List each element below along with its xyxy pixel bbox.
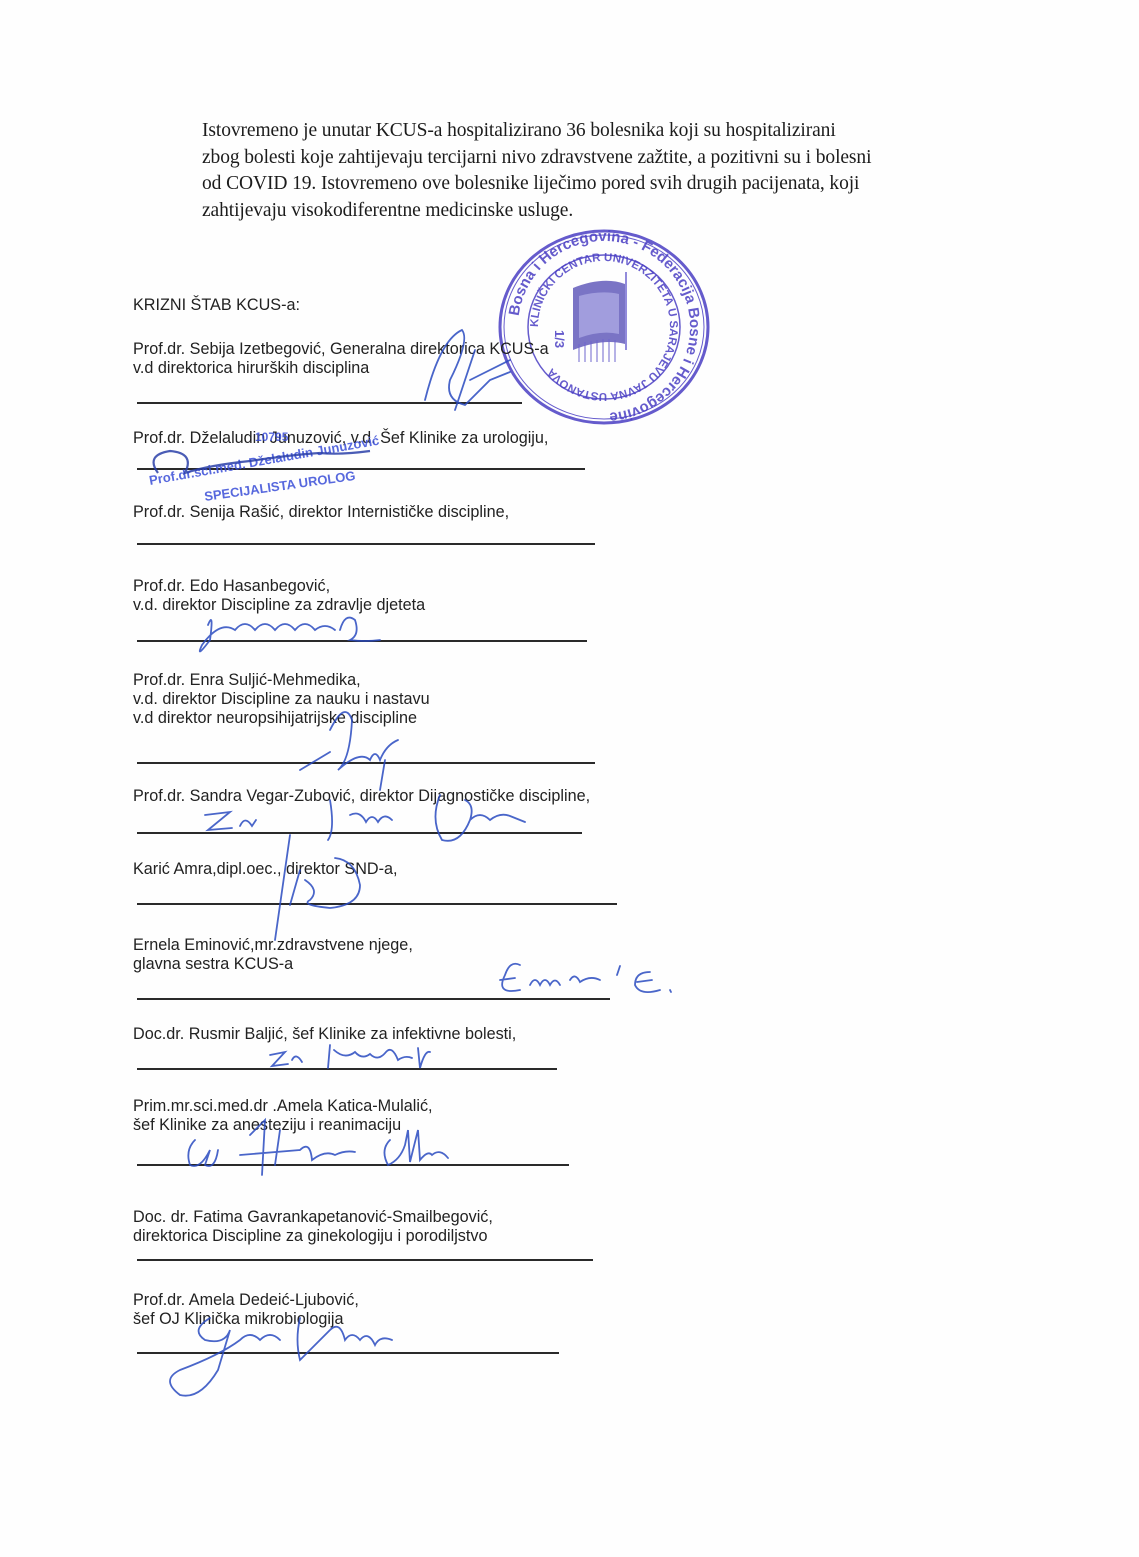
intro-line: zbog bolesti koje zahtijevaju tercijarni… <box>202 145 1002 172</box>
member-title-line: direktorica Discipline za ginekologiju i… <box>133 1227 488 1246</box>
intro-line: Istovremeno je unutar KCUS-a hospitalizi… <box>202 118 1002 145</box>
member-name-line: Prof.dr. Amela Dedeić-Ljubović, <box>133 1291 359 1310</box>
member-name-line: Prof.dr. Dželaludin Junuzović, v.d. Šef … <box>133 429 548 448</box>
member-title-line: v.d. direktor Discipline za zdravlje dje… <box>133 596 425 615</box>
signature-line <box>137 402 522 404</box>
signature-line <box>137 762 595 764</box>
member-name-line: Prim.mr.sci.med.dr .Amela Katica-Mulalić… <box>133 1097 433 1116</box>
signature-line <box>137 998 610 1000</box>
member-title-line: šef OJ Klinička mikrobiologija <box>133 1310 344 1329</box>
member-name-line: Prof.dr. Enra Suljić-Mehmedika, <box>133 671 361 690</box>
member-name-line: Doc.dr. Rusmir Baljić, šef Klinike za in… <box>133 1025 516 1044</box>
official-stamp-icon: Bosna i Hercegovina - Federacija Bosne i… <box>493 226 715 428</box>
signature-line <box>137 1068 557 1070</box>
member-title-line: v.d. direktor Discipline za nauku i nast… <box>133 690 430 709</box>
svg-text:SPECIJALISTA UROLOG: SPECIJALISTA UROLOG <box>203 468 356 504</box>
scanned-document-page: Istovremeno je unutar KCUS-a hospitalizi… <box>0 0 1139 1557</box>
signature-line <box>137 640 587 642</box>
committee-heading: KRIZNI ŠTAB KCUS-a: <box>133 296 300 315</box>
member-name-line: Prof.dr. Sandra Vegar-Zubović, direktor … <box>133 787 590 806</box>
member-name-line: Doc. dr. Fatima Gavrankapetanović-Smailb… <box>133 1208 493 1227</box>
member-name-line: Prof.dr. Senija Rašić, direktor Internis… <box>133 503 509 522</box>
signature-line <box>137 468 585 470</box>
signature-line <box>137 1259 593 1261</box>
intro-line: zahtijevaju visokodiferentne medicinske … <box>202 198 1002 225</box>
member-title-line: v.d direktor neuropsihijatrijske discipl… <box>133 709 417 728</box>
signature-line <box>137 832 582 834</box>
member-name-line: Karić Amra,dipl.oec., direktor SND-a, <box>133 860 398 879</box>
signature-line <box>137 1164 569 1166</box>
member-name-line: Prof.dr. Edo Hasanbegović, <box>133 577 330 596</box>
member-name-line: Prof.dr. Sebija Izetbegović, Generalna d… <box>133 340 549 359</box>
member-title-line: glavna sestra KCUS-a <box>133 955 293 974</box>
intro-paragraph: Istovremeno je unutar KCUS-a hospitalizi… <box>202 118 1002 224</box>
signature-line <box>137 903 617 905</box>
member-name-line: Ernela Eminović,mr.zdravstvene njege, <box>133 936 413 955</box>
member-title-line: v.d direktorica hirurških disciplina <box>133 359 369 378</box>
signature-line <box>137 543 595 545</box>
intro-line: od COVID 19. Istovremeno ove bolesnike l… <box>202 171 1002 198</box>
signature-line <box>137 1352 559 1354</box>
member-title-line: šef Klinike za anesteziju i reanimaciju <box>133 1116 401 1135</box>
svg-text:1/3: 1/3 <box>552 330 567 348</box>
